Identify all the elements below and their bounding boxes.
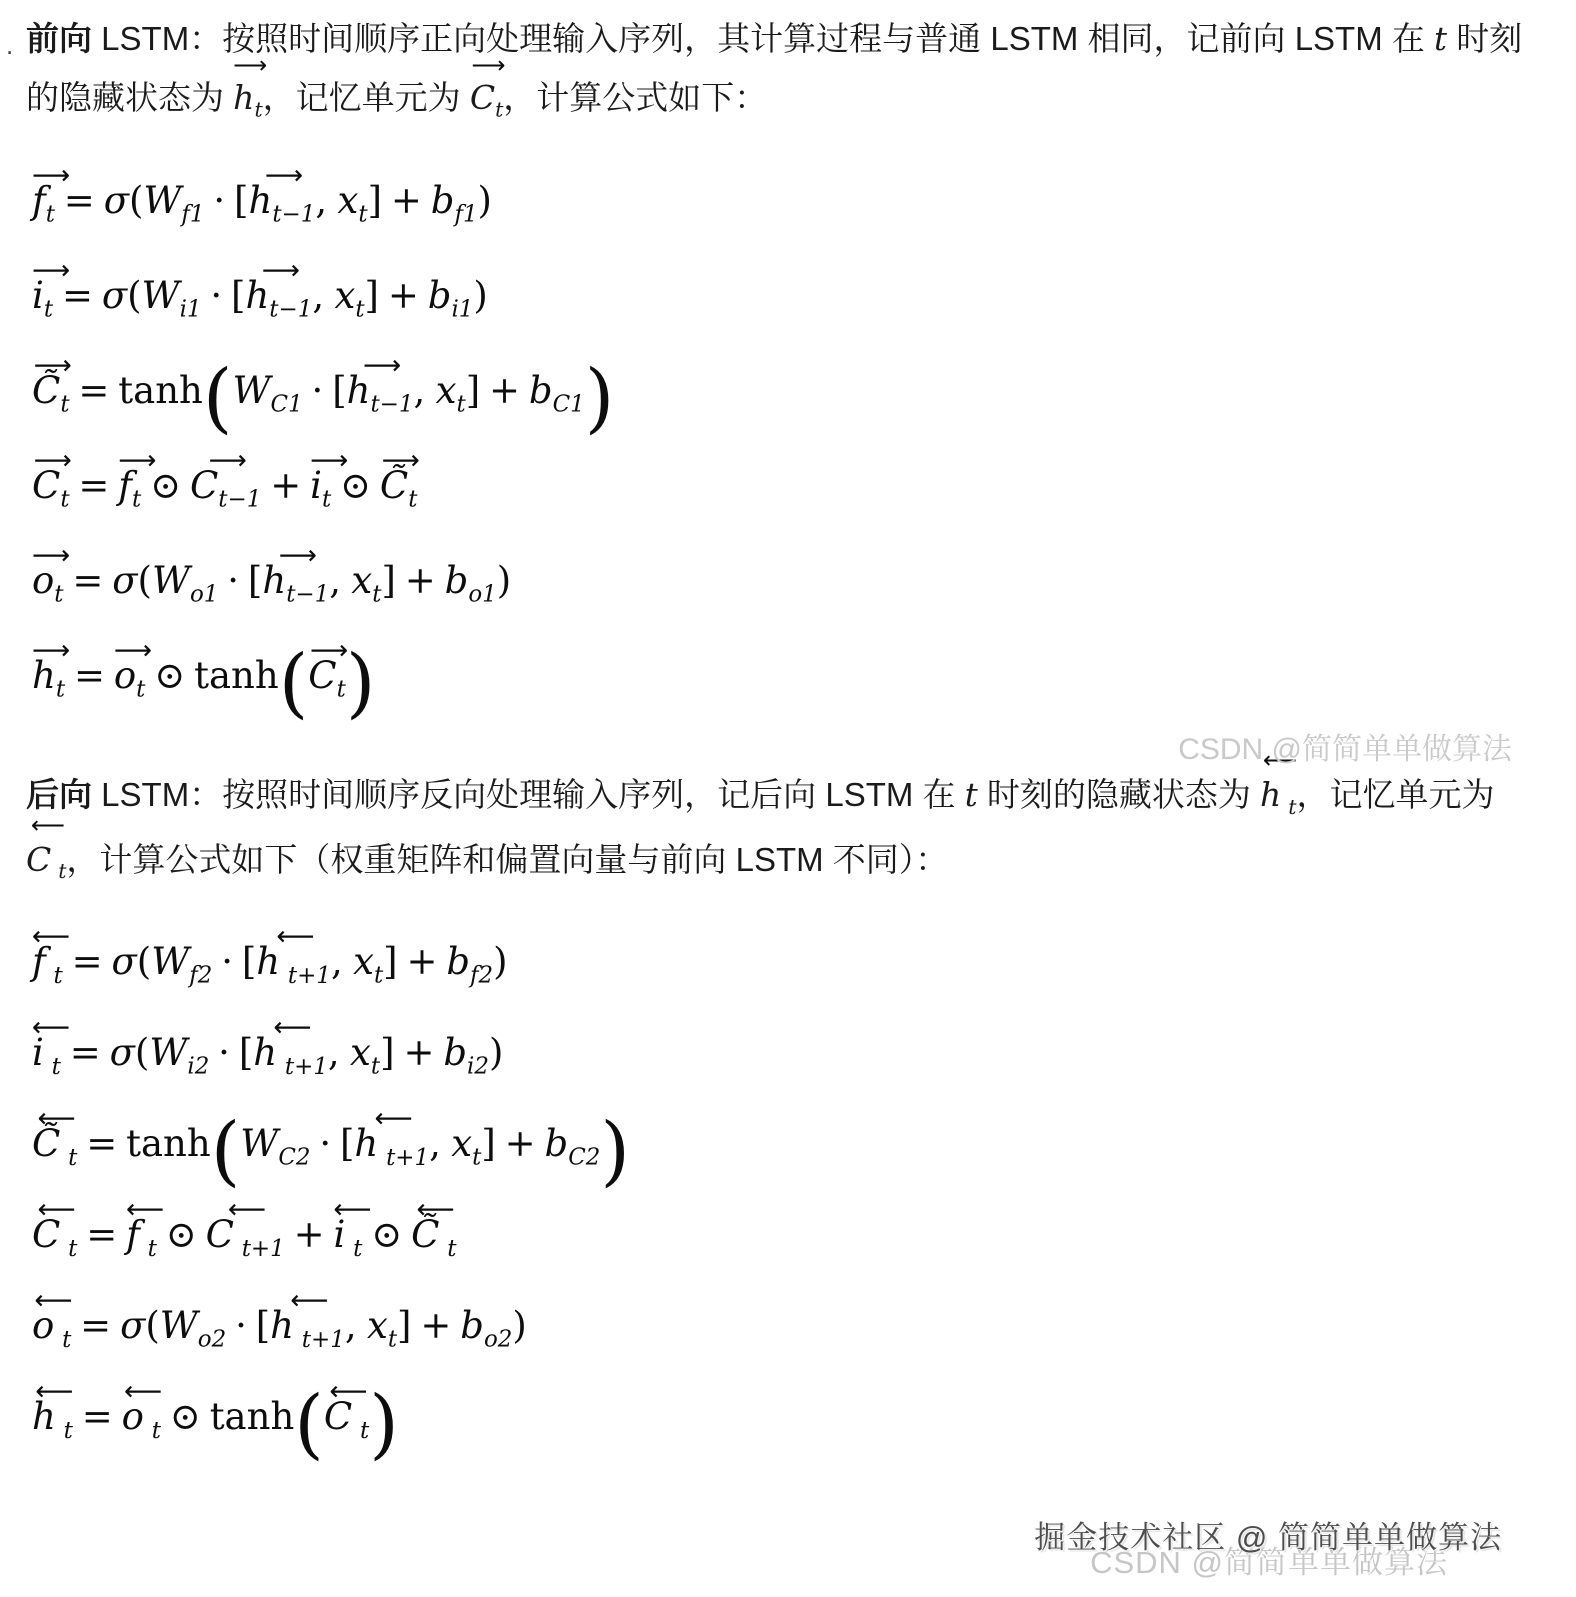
math-token: ⟶ft — [32, 179, 55, 222]
math-token: , — [312, 274, 334, 317]
math-token: ⟵ht+1 — [253, 1031, 328, 1074]
math-token: ) — [478, 179, 492, 222]
math-token: ) — [585, 369, 615, 412]
overarrow-left-icon: ⟵ — [32, 1197, 81, 1224]
overarrow-left-icon: ⟵ — [126, 1197, 161, 1224]
overarrow-right-icon: ⟶ — [245, 258, 316, 285]
math-token: ] — [466, 369, 480, 412]
math-token: ( — [279, 654, 309, 697]
paragraph-text: ，计算公式如下（权重矩阵和偏置向量与前向 LSTM 不同）： — [66, 841, 948, 878]
backward-paragraph: 后向 LSTM：按照时间顺序反向处理输入序列，记后向 LSTM 在 t 时刻的隐… — [26, 763, 1528, 892]
math-token: tanh — [126, 1122, 211, 1165]
math-token: = — [64, 559, 113, 602]
math-token: ) — [512, 1304, 526, 1347]
math-token: ( — [137, 940, 151, 983]
math-token: [ — [242, 940, 256, 983]
formula-backward-1: ⟵ft=σ(Wf2·[⟵ht+1,xt]+bf2) — [32, 922, 1536, 983]
math-token: bf1 — [431, 179, 478, 222]
overarrow-left-icon: ⟵ — [256, 924, 335, 951]
math-token: σ — [112, 559, 137, 602]
math-token: ⟶ht−1 — [347, 369, 414, 412]
math-token: ⟵it — [333, 1213, 362, 1256]
math-token: ⟶ht−1 — [245, 274, 312, 317]
math-token: + — [379, 274, 428, 317]
math-token: ⟵ht — [32, 1395, 73, 1438]
math-token: ⊙ — [331, 464, 380, 507]
math-token: ⟶ft — [118, 464, 141, 507]
math-token: ) — [473, 274, 487, 317]
math-token: = — [70, 464, 119, 507]
forward-formulas: ⟶ft=σ(Wf1·[⟶ht−1,xt]+bf1)⟶it=σ(Wi1·[⟶ht−… — [26, 161, 1536, 697]
math-token: ⟵ht+1 — [354, 1122, 429, 1165]
math-var-inline: t — [1434, 20, 1447, 58]
overarrow-right-icon: ⟶ — [470, 54, 507, 78]
math-token: [ — [332, 369, 346, 412]
math-token: bf2 — [446, 940, 493, 983]
overarrow-right-icon: ⟶ — [233, 54, 266, 78]
math-token: xt — [351, 559, 381, 602]
math-token: Wo2 — [160, 1304, 226, 1347]
overarrow-left-icon: ⟵ — [32, 924, 67, 951]
paragraph-text: 时刻的隐藏状态为 — [978, 776, 1260, 813]
backward-lstm-section: 后向 LSTM：按照时间顺序反向处理输入序列，记后向 LSTM 在 t 时刻的隐… — [26, 763, 1536, 1438]
math-token: = — [63, 940, 112, 983]
document-page: . 前向 LSTM：按照时间顺序正向处理输入序列，其计算过程与普通 LSTM 相… — [0, 0, 1576, 1597]
math-token: ⟵Ct+1 — [206, 1213, 285, 1256]
paragraph-text: ，记忆单元为 — [263, 79, 470, 116]
math-token: WC1 — [232, 369, 302, 412]
math-token: ⟶C̃t — [380, 464, 418, 507]
overarrow-right-icon: ⟶ — [190, 448, 265, 475]
math-token: · — [209, 1031, 239, 1074]
overarrow-right-icon: ⟶ — [32, 638, 69, 665]
math-token: [ — [239, 1031, 253, 1074]
math-token: [ — [248, 559, 262, 602]
math-token: ) — [489, 1031, 503, 1074]
math-token: + — [396, 559, 445, 602]
math-token: = — [77, 1122, 126, 1165]
math-token: ] — [365, 274, 379, 317]
math-token: Wf2 — [151, 940, 212, 983]
math-token: ⟵ht+1 — [256, 940, 331, 983]
overarrow-left-icon: ⟵ — [324, 1379, 373, 1406]
math-token: ] — [481, 1122, 495, 1165]
overarrow-left-icon: ⟵ — [206, 1197, 289, 1224]
overarrow-right-icon: ⟶ — [114, 638, 149, 665]
math-token: ⟶ot — [32, 559, 64, 602]
math-token: ⟶Ct−1 — [190, 464, 261, 507]
math-token: ⟵C̃t — [32, 1122, 77, 1165]
overarrow-right-icon: ⟶ — [347, 353, 418, 380]
overarrow-left-icon: ⟵ — [253, 1015, 332, 1042]
formula-backward-2: ⟵it=σ(Wi2·[⟵ht+1,xt]+bi2) — [32, 1013, 1536, 1074]
math-token: [ — [234, 179, 248, 222]
math-token: ⟶Ct — [32, 464, 70, 507]
math-token: · — [205, 179, 235, 222]
math-token: , — [329, 559, 351, 602]
math-token: = — [53, 274, 102, 317]
math-token: tanh — [194, 654, 279, 697]
math-token: xt — [337, 179, 367, 222]
math-token: tanh — [118, 369, 203, 412]
math-token: ⊙ — [161, 1395, 210, 1438]
paragraph-text: ，记忆单元为 — [1296, 776, 1494, 813]
math-token: ⟵ot — [32, 1304, 71, 1347]
math-token: ⟵Ct — [32, 1213, 77, 1256]
math-token: tanh — [210, 1395, 295, 1438]
math-token: ( — [127, 274, 141, 317]
math-token: · — [310, 1122, 340, 1165]
math-token: · — [218, 559, 248, 602]
math-token: ⟶Ct — [470, 69, 503, 128]
math-token: ⟶it — [310, 464, 331, 507]
overarrow-right-icon: ⟶ — [32, 448, 74, 475]
math-token: ⟵ot — [122, 1395, 161, 1438]
math-token: ) — [369, 1395, 399, 1438]
math-token: ⟵ft — [32, 940, 63, 983]
math-token: Wo1 — [152, 559, 218, 602]
backward-formulas: ⟵ft=σ(Wf2·[⟵ht+1,xt]+bf2)⟵it=σ(Wi2·[⟵ht+… — [26, 922, 1536, 1438]
formula-backward-6: ⟵ht=⟵ot⊙tanh(⟵Ct) — [32, 1377, 1536, 1438]
formula-backward-4: ⟵Ct=⟵ft⊙⟵Ct+1+⟵it⊙⟵C̃t — [32, 1195, 1536, 1256]
math-token: ) — [346, 654, 376, 697]
math-token: σ — [120, 1304, 145, 1347]
math-token: ⟵C̃t — [411, 1213, 456, 1256]
math-token: + — [261, 464, 310, 507]
math-token: · — [303, 369, 333, 412]
math-token: , — [328, 1031, 350, 1074]
math-token: ( — [145, 1304, 159, 1347]
overarrow-left-icon: ⟵ — [354, 1106, 433, 1133]
overarrow-right-icon: ⟶ — [32, 353, 74, 380]
math-token: [ — [256, 1304, 270, 1347]
math-token: ⊙ — [141, 464, 190, 507]
math-token: ( — [203, 369, 233, 412]
math-token: = — [61, 1031, 110, 1074]
paragraph-text: LSTM：按照时间顺序正向处理输入序列，其计算过程与普通 LSTM 相同，记前向… — [92, 20, 1434, 57]
math-token: ( — [135, 1031, 149, 1074]
math-token: = — [55, 179, 104, 222]
math-token: Wf1 — [143, 179, 204, 222]
math-token: ] — [368, 179, 382, 222]
math-token: ⊙ — [157, 1213, 206, 1256]
math-token: = — [65, 654, 114, 697]
overarrow-right-icon: ⟶ — [32, 543, 67, 570]
math-token: ⟶ht−1 — [248, 179, 315, 222]
article-content: 前向 LSTM：按照时间顺序正向处理输入序列，其计算过程与普通 LSTM 相同，… — [0, 0, 1576, 1438]
math-token: ⊙ — [145, 654, 194, 697]
math-token: bo2 — [460, 1304, 512, 1347]
math-token: [ — [231, 274, 245, 317]
overarrow-left-icon: ⟵ — [32, 1106, 81, 1133]
math-token: Wi2 — [149, 1031, 209, 1074]
math-token: xt — [334, 274, 364, 317]
math-token: xt — [350, 1031, 380, 1074]
math-token: = — [71, 1304, 120, 1347]
math-token: + — [395, 1031, 444, 1074]
overarrow-left-icon: ⟵ — [26, 814, 70, 838]
math-token: xt — [353, 940, 383, 983]
math-token: ) — [493, 940, 507, 983]
overarrow-right-icon: ⟶ — [308, 638, 350, 665]
paragraph-lead-bold: 后向 — [26, 776, 92, 813]
math-token: ⟵Ct — [324, 1395, 369, 1438]
watermark-juejin-bottom: 掘金技术社区 @ 简简单单做算法 — [1034, 1512, 1502, 1557]
math-token: ⟶Ct — [308, 654, 346, 697]
math-token: ⟶ht−1 — [262, 559, 329, 602]
math-token: bC2 — [545, 1122, 601, 1165]
math-token: σ — [111, 940, 136, 983]
math-token: , — [315, 179, 337, 222]
math-token: ⟶C̃t — [32, 369, 70, 412]
math-token: + — [398, 940, 447, 983]
math-token: bi2 — [443, 1031, 489, 1074]
math-token: + — [382, 179, 431, 222]
math-token: WC2 — [240, 1122, 310, 1165]
overarrow-right-icon: ⟶ — [380, 448, 422, 475]
formula-forward-4: ⟶Ct=⟶ft⊙⟶Ct−1+⟶it⊙⟶C̃t — [32, 446, 1536, 507]
math-token: ] — [397, 1304, 411, 1347]
math-token: ⟶ot — [114, 654, 146, 697]
math-token: ( — [138, 559, 152, 602]
math-token: σ — [104, 179, 129, 222]
math-token: ⟵Ct — [26, 828, 66, 892]
math-token: , — [414, 369, 436, 412]
math-token: ⟵ht+1 — [270, 1304, 345, 1347]
math-token: ) — [600, 1122, 630, 1165]
math-token: + — [411, 1304, 460, 1347]
math-token: bi1 — [428, 274, 474, 317]
math-token: ) — [497, 559, 511, 602]
math-token: ] — [380, 1031, 394, 1074]
math-token: bC1 — [529, 369, 585, 412]
math-token: xt — [436, 369, 466, 412]
math-token: bo1 — [445, 559, 497, 602]
math-token: Wi1 — [142, 274, 202, 317]
math-token: ] — [383, 940, 397, 983]
math-var-inline: t — [965, 776, 978, 814]
math-token: · — [226, 1304, 256, 1347]
overarrow-right-icon: ⟶ — [262, 543, 333, 570]
math-token: ⟵ft — [126, 1213, 157, 1256]
overarrow-left-icon: ⟵ — [270, 1288, 349, 1315]
math-token: + — [496, 1122, 545, 1165]
math-token: σ — [110, 1031, 135, 1074]
math-token: xt — [367, 1304, 397, 1347]
math-token: · — [212, 940, 242, 983]
math-token: xt — [451, 1122, 481, 1165]
formula-forward-1: ⟶ft=σ(Wf1·[⟶ht−1,xt]+bf1) — [32, 161, 1536, 222]
formula-forward-6: ⟶ht=⟶ot⊙tanh(⟶Ct) — [32, 636, 1536, 697]
paragraph-text: LSTM：按照时间顺序反向处理输入序列，记后向 LSTM 在 — [92, 776, 965, 813]
math-token: = — [73, 1395, 122, 1438]
formula-forward-3: ⟶C̃t=tanh(WC1·[⟶ht−1,xt]+bC1) — [32, 351, 1536, 412]
math-token: ( — [211, 1122, 241, 1165]
paragraph-text: ，计算公式如下： — [503, 79, 767, 116]
math-token: ( — [294, 1395, 324, 1438]
math-token: + — [480, 369, 529, 412]
math-token: , — [345, 1304, 367, 1347]
math-token: · — [202, 274, 232, 317]
overarrow-left-icon: ⟵ — [122, 1379, 165, 1406]
forward-paragraph: 前向 LSTM：按照时间顺序正向处理输入序列，其计算过程与普通 LSTM 相同，… — [26, 10, 1528, 127]
math-token: ⟶ht — [32, 654, 65, 697]
math-token: ] — [381, 559, 395, 602]
overarrow-left-icon: ⟵ — [32, 1379, 77, 1406]
math-token: , — [429, 1122, 451, 1165]
formula-backward-3: ⟵C̃t=tanh(WC2·[⟵ht+1,xt]+bC2) — [32, 1104, 1536, 1165]
overarrow-left-icon: ⟵ — [411, 1197, 460, 1224]
math-token: ⟵it — [32, 1031, 61, 1074]
forward-lstm-section: 前向 LSTM：按照时间顺序正向处理输入序列，其计算过程与普通 LSTM 相同，… — [26, 10, 1536, 697]
math-token: σ — [102, 274, 127, 317]
watermark-csdn-mid: CSDN @简简单单做算法 — [1178, 724, 1512, 768]
math-token: , — [331, 940, 353, 983]
math-token: + — [285, 1213, 334, 1256]
overarrow-right-icon: ⟶ — [248, 163, 319, 190]
math-token: = — [77, 1213, 126, 1256]
math-token: ⟶it — [32, 274, 53, 317]
math-token: ( — [129, 179, 143, 222]
math-token: ⟵ht — [1260, 763, 1296, 827]
formula-forward-2: ⟶it=σ(Wi1·[⟶ht−1,xt]+bi1) — [32, 256, 1536, 317]
paragraph-lead-bold: 前向 — [26, 20, 92, 57]
math-token: [ — [340, 1122, 354, 1165]
math-token: ⊙ — [362, 1213, 411, 1256]
overarrow-left-icon: ⟵ — [32, 1288, 75, 1315]
list-bullet: . — [6, 30, 13, 61]
math-token: = — [70, 369, 119, 412]
math-token: ⟶ht — [233, 69, 262, 128]
formula-backward-5: ⟵ot=σ(Wo2·[⟵ht+1,xt]+bo2) — [32, 1286, 1536, 1347]
formula-forward-5: ⟶ot=σ(Wo1·[⟶ht−1,xt]+bo1) — [32, 541, 1536, 602]
